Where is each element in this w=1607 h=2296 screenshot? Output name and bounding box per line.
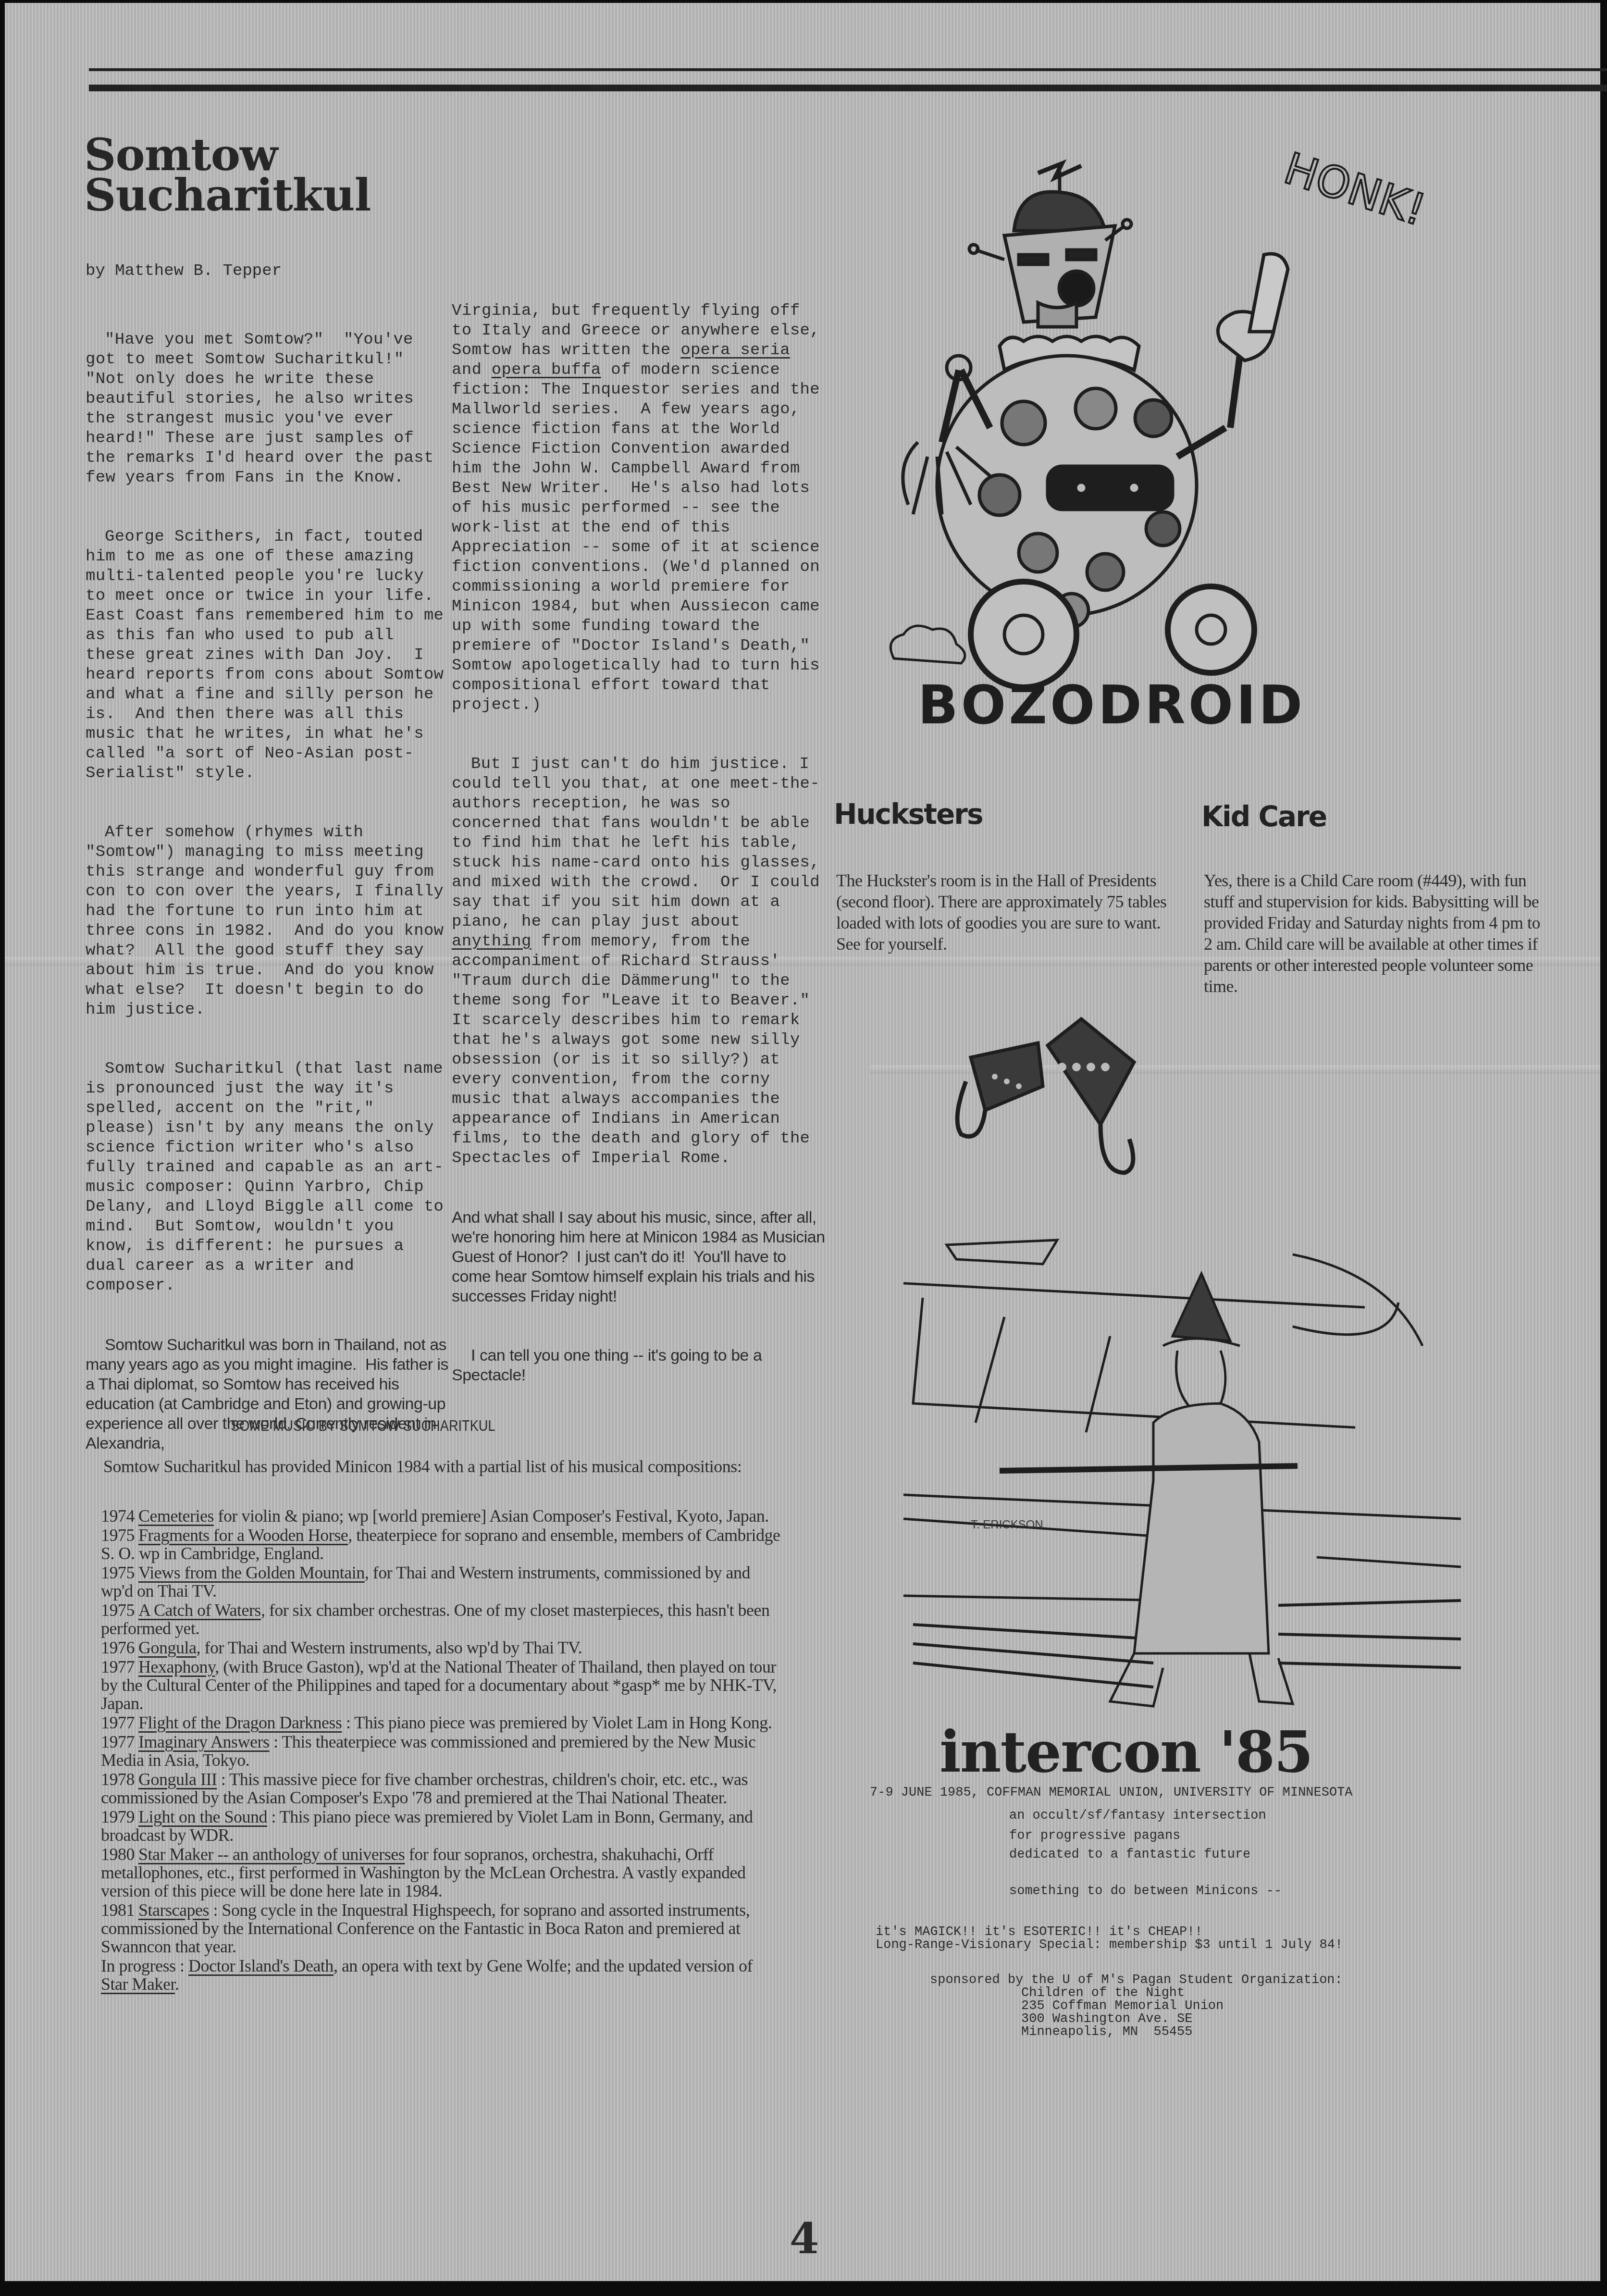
intercon-promo: Long-Range-Visionary Special: membership…: [876, 1938, 1343, 1952]
text: But I just can't do him justice. I could…: [452, 755, 830, 931]
work-year: 1975: [101, 1601, 135, 1620]
intercon-promo: it's MAGICK!! it's ESOTERIC!! it's CHEAP…: [876, 1925, 1203, 1939]
work-year: 1976: [101, 1638, 135, 1657]
work-entry: 1981Starscapes : Song cycle in the Inque…: [101, 1901, 783, 1956]
work-entry: 1975A Catch of Waters, for six chamber o…: [101, 1601, 783, 1638]
work-title: Fragments for a Wooden Horse: [138, 1526, 348, 1545]
emphasis: opera buffa: [492, 361, 601, 379]
work-year: 1977: [101, 1713, 135, 1732]
bozodroid-illustration: BOZODROID HONK!: [865, 130, 1538, 755]
work-entry: 1978Gongula III : This massive piece for…: [101, 1770, 783, 1807]
work-title: Starscapes: [138, 1900, 209, 1920]
paragraph: "Have you met Somtow?" "You've got to me…: [86, 330, 451, 488]
work-description: , for Thai and Western instruments, also…: [196, 1638, 582, 1657]
work-in-progress: In progress : Doctor Island's Death, an …: [101, 1957, 783, 1993]
paragraph: Virginia, but frequently flying off to I…: [452, 301, 827, 715]
work-year: 1981: [101, 1900, 135, 1920]
work-year: 1978: [101, 1770, 135, 1789]
header-rule-thin: [89, 68, 1607, 71]
kid-care-heading: Kid Care: [1201, 800, 1326, 833]
work-entry: 1975Views from the Golden Mountain, for …: [101, 1564, 783, 1600]
kites-illustration: [942, 1009, 1173, 1178]
work-entry: 1980Star Maker -- an anthology of univer…: [101, 1845, 783, 1900]
work-entry: 1977Imaginary Answers : This theaterpiec…: [101, 1733, 783, 1769]
paragraph: Somtow Sucharitkul was born in Thailand,…: [86, 1335, 451, 1453]
intercon-tagline: dedicated to a fantastic future: [1009, 1848, 1250, 1862]
paragraph: After somehow (rhymes with "Somtow") man…: [86, 823, 451, 1020]
in-progress-label: In progress :: [101, 1956, 188, 1975]
work-year: 1975: [101, 1563, 135, 1582]
honk-text: HONK!: [1278, 143, 1432, 236]
work-description: : This piano piece was premiered by Viol…: [342, 1713, 772, 1732]
text: of modern science fiction: The Inquestor…: [452, 361, 830, 714]
work-entry: 1976Gongula, for Thai and Western instru…: [101, 1638, 783, 1657]
address-line: 300 Washington Ave. SE: [1021, 2012, 1192, 2026]
work-year: 1979: [101, 1807, 135, 1826]
artist-signature: T. ERICKSON: [971, 1518, 1043, 1531]
work-title: A Catch of Waters: [138, 1601, 261, 1620]
work-title: Cemeteries: [138, 1506, 214, 1526]
work-description: , an opera with text by Gene Wolfe; and …: [334, 1956, 753, 1975]
music-list-intro: Somtow Sucharitkul has provided Minicon …: [103, 1456, 776, 1477]
work-title: Star Maker -- an anthology of universes: [138, 1845, 405, 1864]
work-title: Hexaphony: [138, 1657, 215, 1676]
paragraph: Somtow Sucharitkul (that last name is pr…: [86, 1059, 451, 1296]
intercon-sponsor: sponsored by the U of M's Pagan Student …: [930, 1973, 1343, 1987]
work-year: 1974: [101, 1506, 135, 1526]
work-year: 1977: [101, 1732, 135, 1751]
paragraph: I can tell you one thing -- it's going t…: [452, 1346, 827, 1385]
article-column-1: "Have you met Somtow?" "You've got to me…: [86, 291, 451, 1473]
work-entry: 1974Cemeteries for violin & piano; wp [w…: [101, 1507, 783, 1525]
intercon-dates: 7-9 JUNE 1985, COFFMAN MEMORIAL UNION, U…: [870, 1786, 1353, 1800]
article-title: Somtow Sucharitkul: [84, 135, 371, 215]
work-title: Doctor Island's Death: [188, 1956, 334, 1975]
emphasis: opera seria: [680, 341, 790, 360]
work-title: Gongula III: [138, 1770, 217, 1789]
intercon-logo: intercon '85: [939, 1718, 1312, 1785]
bozodroid-caption: BOZODROID: [918, 674, 1305, 736]
work-description: for violin & piano; wp [world premiere] …: [214, 1506, 769, 1526]
paragraph: And what shall I say about his music, si…: [452, 1208, 827, 1306]
address-line: Minneapolis, MN 55455: [1021, 2025, 1192, 2039]
paragraph: But I just can't do him justice. I could…: [452, 755, 827, 1168]
music-list-heading: SOME MUSIC BY SOMTOW SUCHARITKUL: [231, 1417, 495, 1435]
work-entry: 1975Fragments for a Wooden Horse, theate…: [101, 1526, 783, 1563]
article-column-2: Virginia, but frequently flying off to I…: [452, 262, 827, 1405]
punctuation: .: [175, 1974, 179, 1994]
work-year: 1977: [101, 1657, 135, 1676]
work-entry: 1977Hexaphony, (with Bruce Gaston), wp'd…: [101, 1658, 783, 1713]
title-line-2: Sucharitkul: [84, 175, 371, 215]
work-title: Gongula: [138, 1638, 196, 1657]
work-entry: 1979Light on the Sound : This piano piec…: [101, 1808, 783, 1844]
page-number: 4: [790, 2213, 819, 2263]
work-entry: 1977Flight of the Dragon Darkness : This…: [101, 1713, 783, 1732]
work-year: 1975: [101, 1526, 135, 1545]
wizard-illustration: T. ERICKSON: [884, 1221, 1471, 1725]
emphasis: anything: [452, 932, 532, 951]
work-title: Views from the Golden Mountain: [138, 1563, 365, 1582]
intercon-tagline: an occult/sf/fantasy intersection: [1009, 1809, 1266, 1823]
intercon-tagline: for progressive pagans: [1009, 1829, 1180, 1843]
address-line: 235 Coffman Memorial Union: [1021, 1999, 1224, 2013]
header-rule-thick: [89, 85, 1607, 91]
hucksters-body: The Huckster's room is in the Hall of Pr…: [836, 870, 1173, 955]
work-year: 1980: [101, 1845, 135, 1864]
work-title: Flight of the Dragon Darkness: [138, 1713, 342, 1732]
paragraph: George Scithers, in fact, touted him to …: [86, 527, 451, 783]
hucksters-heading: Hucksters: [834, 798, 983, 831]
text: from memory, from the accompaniment of R…: [452, 932, 830, 1167]
work-title: Star Maker: [101, 1974, 175, 1994]
intercon-tagline: something to do between Minicons --: [1009, 1884, 1282, 1899]
address-line: Children of the Night: [1021, 1986, 1185, 2000]
work-title: Light on the Sound: [138, 1807, 267, 1826]
work-title: Imaginary Answers: [138, 1732, 269, 1751]
byline: by Matthew B. Tepper: [86, 262, 282, 280]
kid-care-body: Yes, there is a Child Care room (#449), …: [1204, 870, 1540, 997]
works-list: 1974Cemeteries for violin & piano; wp [w…: [101, 1507, 783, 1994]
